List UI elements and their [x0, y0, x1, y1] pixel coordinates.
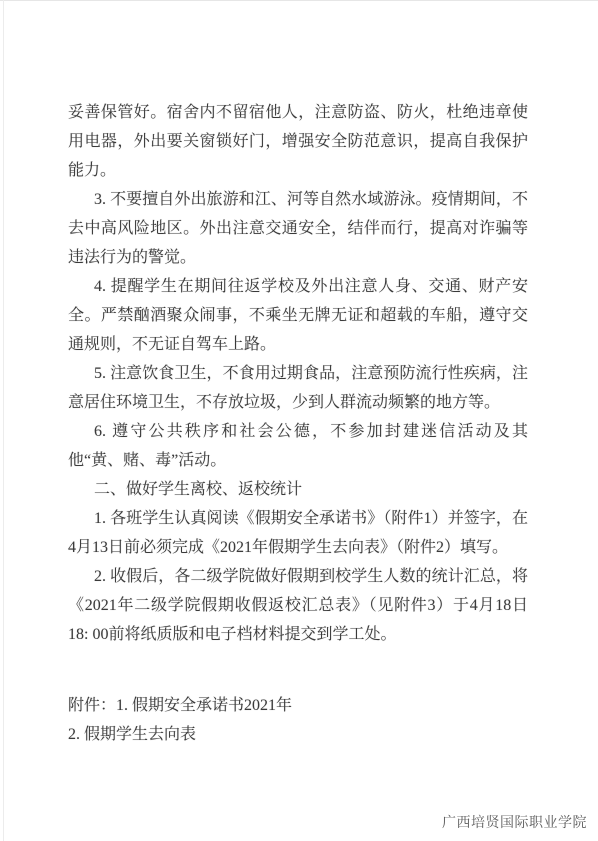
attachment-line-2: 2. 假期学生去向表	[68, 720, 528, 749]
paragraph-continuation: 妥善保管好。宿舍内不留宿他人，注意防盗、防火，杜绝违章使用电器，外出要关窗锁好门…	[68, 98, 528, 185]
paragraph-item-5: 5. 注意饮食卫生，不食用过期食品，注意预防流行性疾病，注意居住环境卫生，不存放…	[68, 359, 528, 417]
paragraph-section2-item-1: 1. 各班学生认真阅读《假期安全承诺书》（附件1）并签字，在4月13日前必须完成…	[68, 504, 528, 562]
paragraph-section2-item-2: 2. 收假后，各二级学院做好假期到校学生人数的统计汇总，将《2021年二级学院假…	[68, 562, 528, 649]
attachments-list: 附件：1. 假期安全承诺书2021年 2. 假期学生去向表	[68, 691, 528, 749]
page-top-edge-line	[0, 0, 598, 1]
document-page: 妥善保管好。宿舍内不留宿他人，注意防盗、防火，杜绝违章使用电器，外出要关窗锁好门…	[0, 0, 598, 841]
attachment-item-2: 2. 假期学生去向表	[68, 726, 196, 743]
document-body: 妥善保管好。宿舍内不留宿他人，注意防盗、防火，杜绝违章使用电器，外出要关窗锁好门…	[68, 98, 528, 749]
section-heading: 二、做好学生离校、返校统计	[68, 475, 528, 504]
attachment-line-1: 附件：1. 假期安全承诺书2021年	[68, 691, 528, 720]
page-left-edge-line	[3, 0, 4, 841]
paragraph-item-3: 3. 不要擅自外出旅游和江、河等自然水域游泳。疫情期间，不去中高风险地区。外出注…	[68, 185, 528, 272]
paragraph-item-6: 6. 遵守公共秩序和社会公德，不参加封建迷信活动及其他“黄、赌、毒”活动。	[68, 417, 528, 475]
attachments-label: 附件：	[68, 697, 116, 714]
institution-watermark: 广西培贤国际职业学院	[442, 812, 587, 832]
attachment-item-1: 1. 假期安全承诺书2021年	[116, 697, 292, 714]
paragraph-item-4: 4. 提醒学生在期间往返学校及外出注意人身、交通、财产安全。严禁酗酒聚众闹事，不…	[68, 272, 528, 359]
